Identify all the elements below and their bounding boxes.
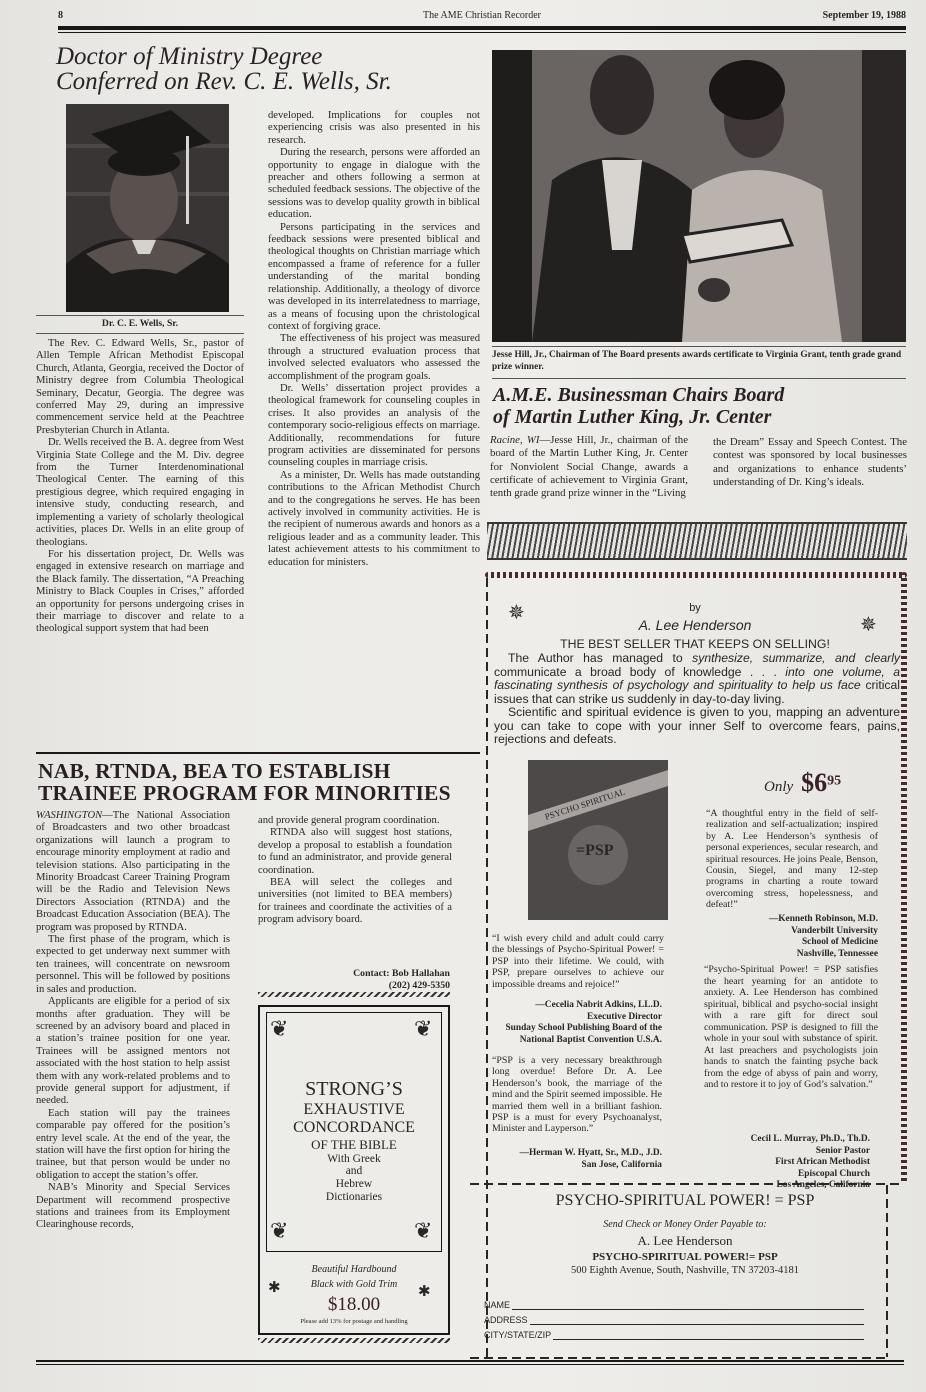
text: The Author has managed to [508,651,692,665]
contact-name: Contact: Bob Hallahan [258,968,450,980]
ad-tagline: THE BEST SELLER THAT KEEPS ON SELLING! [490,637,900,651]
nab-headline-line2: TRAINEE PROGRAM FOR MINORITIES [38,782,478,804]
wells-column-2: developed. Implications for couples not … [268,110,480,569]
ad-by: by [490,602,900,614]
order-form-instruction: Send Check or Money Order Payable to: [490,1219,880,1230]
address-input-line[interactable] [530,1315,864,1325]
strongs-shipping-note: Please add 13% for postage and handling [260,1318,448,1325]
quote-text: “Psycho-Spiritual Power! = PSP satisfies… [704,964,878,1091]
paragraph: and provide general program coordination… [258,815,452,827]
strongs-price: $18.00 [260,1294,448,1316]
paragraph: The first phase of the program, which is… [36,934,230,996]
contact-phone: (202) 429-5350 [258,980,450,992]
caption-rule-top [36,315,244,316]
svg-text:=PSP: =PSP [576,842,614,859]
award-photo-illustration [492,50,906,342]
order-city-field[interactable]: CITY/STATE/ZIP [484,1330,864,1340]
name-input-line[interactable] [512,1300,864,1310]
wells-column-1: The Rev. C. Edward Wells, Sr., pastor of… [36,338,244,636]
paragraph: Persons participating in the services an… [268,222,480,334]
wells-portrait-photo [66,104,229,312]
strongs-title-block: STRONG’S EXHAUSTIVE CONCORDANCE OF THE B… [266,1078,442,1203]
text: communicate a broad body of knowledge . … [494,665,785,679]
strongs-line4: OF THE BIBLE [266,1138,442,1153]
ad-border-left [486,578,488,1360]
strongs-line5: With Greek [266,1153,442,1166]
quote-robinson: “A thoughtful entry in the field of self… [706,808,878,911]
attrib-line: —Cecelia Nabrit Adkins, LL.D. [486,1000,662,1012]
book-cover-image: PSYCHO SPIRITUAL =PSP [528,760,668,920]
ad-author: A. Lee Henderson [490,617,900,633]
attrib-hyatt: —Herman W. Hyatt, Sr., M.D., J.D. San Jo… [486,1148,662,1171]
paragraph: As a minister, Dr. Wells has made outsta… [268,470,480,569]
paragraph: BEA will select the colleges and univers… [258,877,452,927]
price-dollars: $6 [801,768,827,797]
flourish-icon-bottom-right: ❦ [414,1218,432,1244]
order-address-field[interactable]: ADDRESS [484,1315,864,1325]
address-label: ADDRESS [484,1315,528,1325]
mlk-headline: A.M.E. Businessman Chairs Board of Marti… [493,384,907,428]
nab-headline: NAB, RTNDA, BEA TO ESTABLISH TRAINEE PRO… [38,760,478,804]
wells-headline: Doctor of Ministry Degree Conferred on R… [56,44,486,94]
paragraph: During the research, persons were afford… [268,147,480,221]
city-input-line[interactable] [553,1330,864,1340]
portrait-illustration [66,104,229,312]
name-label: NAME [484,1300,510,1310]
mlk-caption-rule-bottom [492,378,906,379]
coupon-border-bottom [470,1357,886,1359]
attrib-line: Nashville, Tennessee [700,949,878,961]
order-name-field[interactable]: NAME [484,1300,864,1310]
attrib-line: National Baptist Convention U.S.A. [486,1035,662,1047]
attrib-line: Sunday School Publishing Board of the [486,1023,662,1035]
page-bottom-rule-thin [36,1364,904,1365]
paragraph: —The National Association of Broadcaster… [36,810,230,933]
squiggle-divider-bottom [258,1338,450,1343]
mlk-award-photo [492,50,906,342]
nab-contact: Contact: Bob Hallahan (202) 429-5350 [258,968,450,991]
wells-photo-caption: Dr. C. E. Wells, Sr. [36,318,244,330]
paragraph: developed. Implications for couples not … [268,110,480,147]
masthead-rule [58,26,906,30]
paragraph: Dr. Wells’ dissertation project provides… [268,383,480,470]
paragraph: The effectiveness of his project was mea… [268,333,480,383]
strongs-line8: Dictionaries [266,1191,442,1204]
strongs-line7: Hebrew [266,1178,442,1191]
quote-text: “I wish every child and adult could carr… [492,933,664,990]
wells-headline-line1: Doctor of Ministry Degree [56,44,486,69]
publication-name: The AME Christian Recorder [58,10,906,21]
order-form-address: 500 Eighth Avenue, South, Nashville, TN … [490,1265,880,1276]
attrib-line: Cecil L. Murray, Ph.D., Th.D. [700,1134,870,1146]
quote-adkins: “I wish every child and adult could carr… [492,933,664,990]
coupon-border-right [886,1185,888,1357]
squiggle-divider-top [258,992,450,997]
book-cover-illustration: PSYCHO SPIRITUAL =PSP [528,760,668,920]
mlk-headline-line1: A.M.E. Businessman Chairs Board [493,384,907,406]
attrib-robinson: —Kenneth Robinson, M.D. Vanderbilt Unive… [700,914,878,960]
paragraph: Each station will pay the trainees compa… [36,1108,230,1182]
flourish-icon-top-left: ❦ [270,1016,288,1042]
ad-price: Only $695 [764,768,841,798]
strongs-line2: EXHAUSTIVE [266,1101,442,1119]
price-cents: 95 [827,774,841,789]
newspaper-page: 8 The AME Christian Recorder September 1… [0,0,926,1392]
issue-date: September 19, 1988 [823,10,906,21]
attrib-line: —Kenneth Robinson, M.D. [700,914,878,926]
quote-text: “A thoughtful entry in the field of self… [706,808,878,911]
attrib-line: San Jose, California [486,1160,662,1172]
mlk-dateline: Racine, WI [490,434,539,446]
ad-border-right [901,572,907,1184]
order-form-payee: A. Lee Henderson [490,1233,880,1249]
caption-rule-bottom [36,333,244,334]
mlk-column-2: the Dream” Essay and Speech Contest. The… [713,436,907,489]
strongs-title: STRONG’S [266,1078,442,1101]
attrib-line: Episcopal Church [700,1169,870,1181]
nab-headline-line1: NAB, RTNDA, BEA TO ESTABLISH [38,760,478,782]
price-label: Only [764,779,793,795]
attrib-adkins: —Cecelia Nabrit Adkins, LL.D. Executive … [486,1000,662,1046]
attrib-line: First African Methodist [700,1157,870,1169]
paragraph: NAB’s Minority and Special Services Depa… [36,1182,230,1232]
attrib-line: School of Medicine [700,937,878,949]
strongs-line3: CONCORDANCE [266,1119,442,1137]
paragraph: The Rev. C. Edward Wells, Sr., pastor of… [36,338,244,437]
strongs-line6: and [266,1165,442,1178]
paragraph: Applicants are eligible for a period of … [36,996,230,1108]
decorative-pattern-band [487,522,907,560]
attrib-line: Senior Pastor [700,1146,870,1158]
masthead-rule-thin [58,32,906,33]
ad-intro-p2: Scientific and spiritual evidence is giv… [494,706,900,747]
strongs-desc1: Beautiful Hardbound [260,1262,448,1277]
text: synthesize, summarize, and clearly [692,651,900,665]
city-state-zip-label: CITY/STATE/ZIP [484,1330,551,1340]
mlk-caption-rule-top [492,346,906,347]
ad-intro: The Author has managed to synthesize, su… [494,652,900,747]
mlk-headline-line2: of Martin Luther King, Jr. Center [493,406,907,428]
flourish-icon-bottom-left: ❦ [270,1218,288,1244]
quote-hyatt: “PSP is a very necessary breakthrough lo… [492,1055,662,1135]
nab-dateline: WASHINGTON [36,810,102,821]
ad-border-top [485,572,907,578]
attrib-line: Vanderbilt University [700,926,878,938]
attrib-line: Executive Director [486,1012,662,1024]
coupon-border-top [470,1183,902,1185]
paragraph: Dr. Wells received the B. A. degree from… [36,437,244,549]
order-form-payee-title: PSYCHO-SPIRITUAL POWER!= PSP [490,1251,880,1263]
attrib-line: —Herman W. Hyatt, Sr., M.D., J.D. [486,1148,662,1160]
nab-top-rule [36,752,480,754]
quote-text: “PSP is a very necessary breakthrough lo… [492,1055,662,1135]
wells-headline-line2: Conferred on Rev. C. E. Wells, Sr. [56,69,486,94]
paragraph: For his dissertation project, Dr. Wells … [36,549,244,636]
mlk-photo-caption: Jesse Hill, Jr., Chairman of The Board p… [492,349,906,373]
quote-murray: “Psycho-Spiritual Power! = PSP satisfies… [704,964,878,1091]
page-bottom-rule [36,1360,904,1362]
order-form-title: PSYCHO-SPIRITUAL POWER! = PSP [490,1192,880,1210]
flourish-icon-top-right: ❦ [414,1016,432,1042]
nab-column-1: WASHINGTON—The National Association of B… [36,810,230,1232]
nab-column-2: and provide general program coordination… [258,815,452,927]
paragraph: the Dream” Essay and Speech Contest. The… [713,436,907,489]
paragraph: RTNDA also will suggest host stations, d… [258,827,452,877]
mlk-column-1: Racine, WI—Jesse Hill, Jr., chairman of … [490,434,688,500]
